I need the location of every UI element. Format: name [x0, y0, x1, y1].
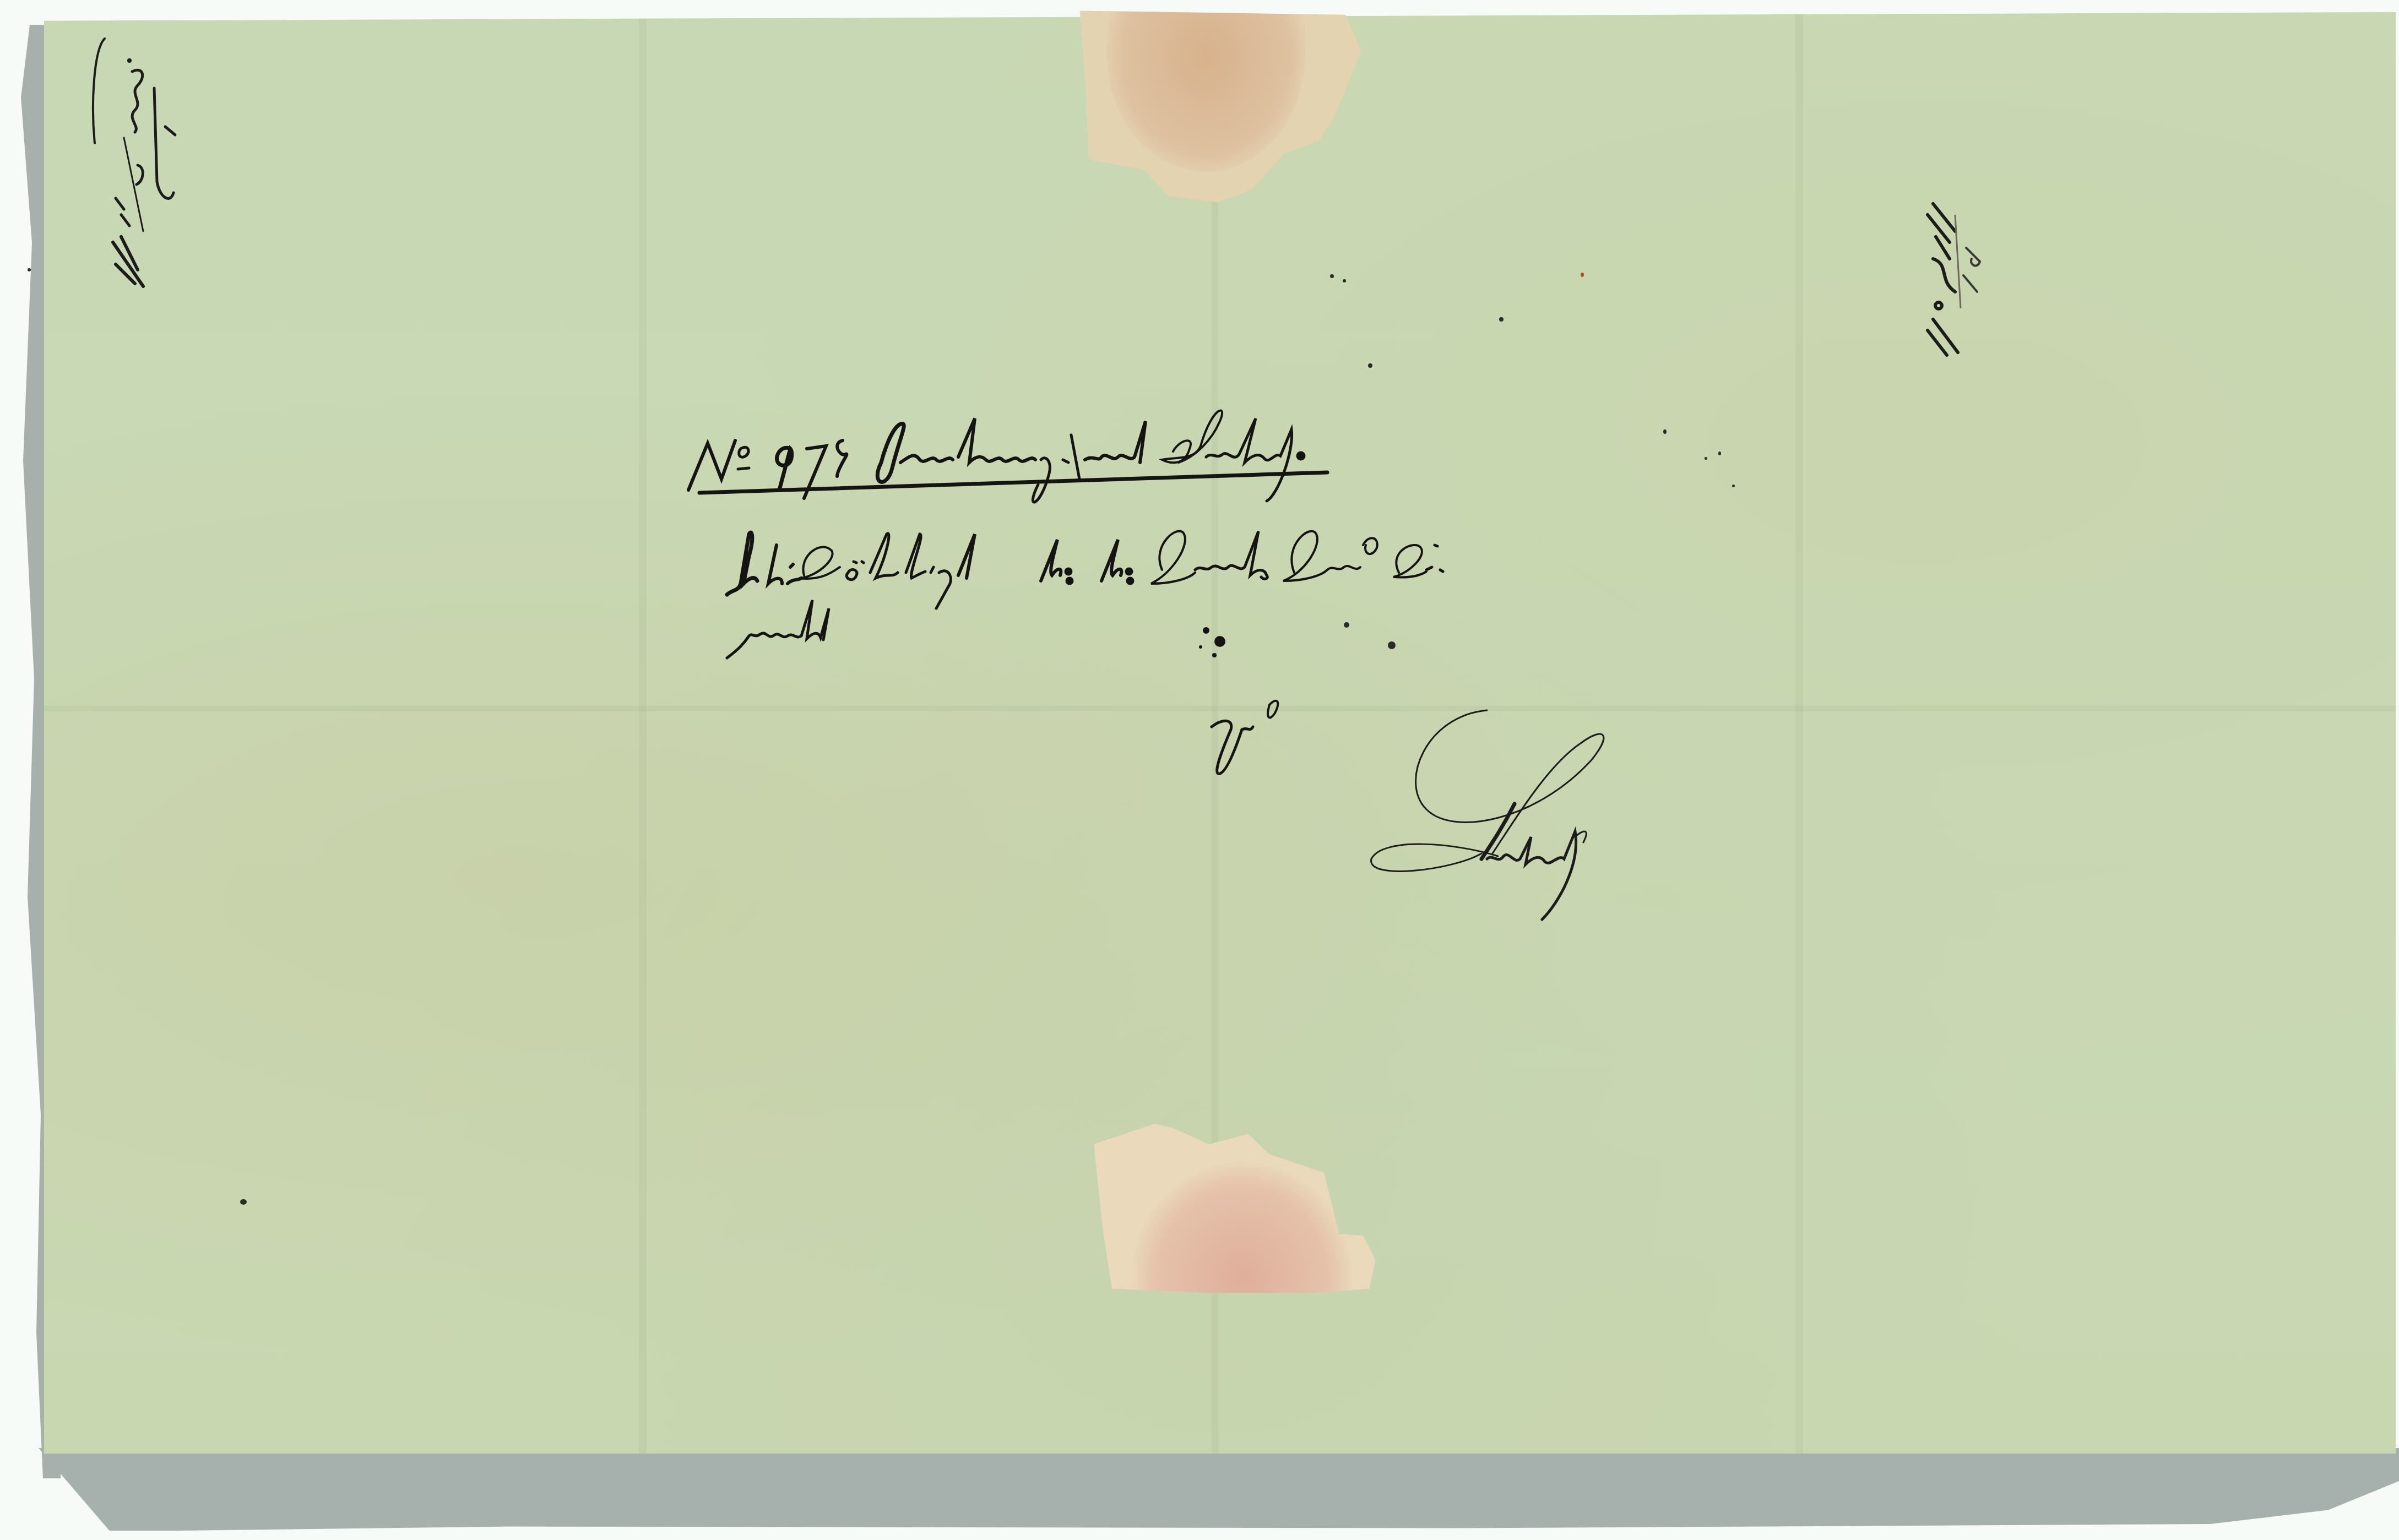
- address-line-1: An die Löbliche k: k: Landes Bau Di-: [721, 512, 1801, 690]
- annotation-top-left: No. 12/838/2: [83, 33, 182, 289]
- ink-speck: [1705, 457, 1707, 460]
- ink-speck: [1718, 451, 1721, 455]
- ink-speck: [1663, 429, 1667, 434]
- fold-line: [639, 12, 647, 1454]
- ink-blot: [1388, 641, 1396, 649]
- ink-speck: [28, 268, 31, 271]
- backing-paper-bottom: [39, 1448, 2399, 1531]
- fold-line: [1795, 12, 1803, 1454]
- red-speck: [1581, 273, 1584, 277]
- ink-speck: [1344, 622, 1349, 628]
- address-line-zu: zu: [1201, 688, 1300, 790]
- ink-speck: [1343, 279, 1346, 282]
- seal-stain: [1107, 7, 1305, 172]
- annotation-top-right: No. 574/18: [1917, 182, 1994, 360]
- ink-speck: [1732, 485, 1735, 487]
- address-heading: No 978 Stadtmagistrat Laibach.: [683, 396, 1619, 509]
- ink-blot: [240, 1199, 247, 1205]
- ink-speck: [1368, 363, 1372, 368]
- ink-speck: [1499, 317, 1504, 322]
- address-line-laibach: Laibach: [1316, 699, 1669, 933]
- ink-speck: [1330, 274, 1334, 278]
